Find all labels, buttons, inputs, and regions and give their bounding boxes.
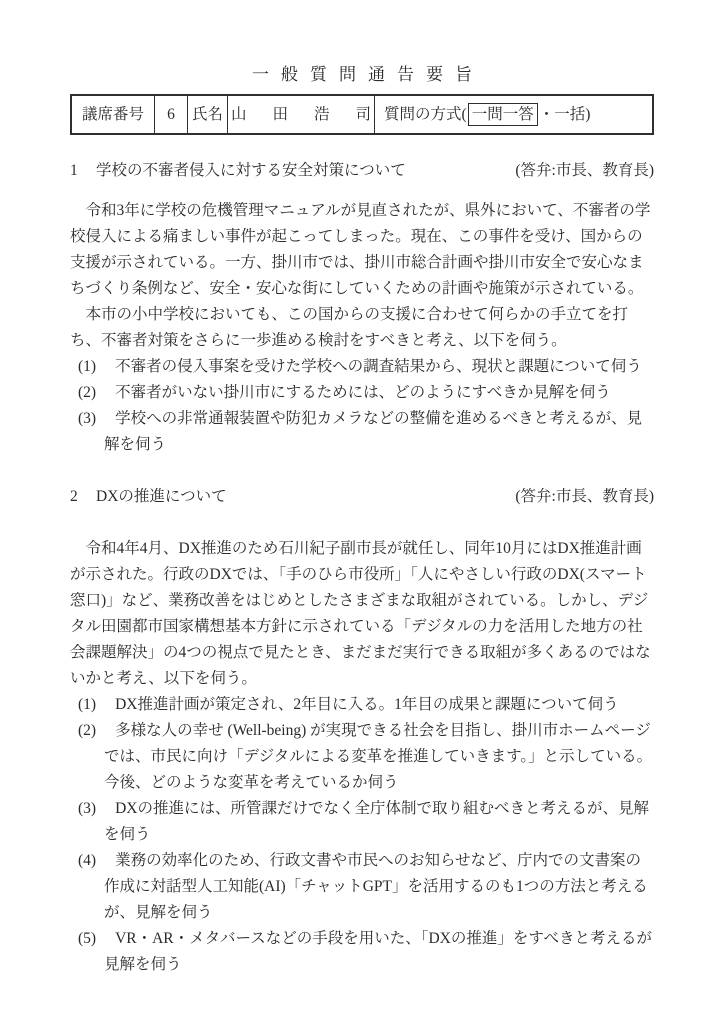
section-1-respondents: (答弁:市長、教育長) bbox=[515, 158, 654, 184]
document-page: 一般質問通告要旨 議席番号 6 氏名 山田浩司 質問の方式 ( 一問一答 ・ 一… bbox=[0, 0, 724, 1024]
method-selected-option: 一問一答 bbox=[468, 103, 538, 126]
item-marker: (3) bbox=[78, 410, 96, 427]
question-method-label: 質問の方式 bbox=[384, 102, 462, 128]
question-item: (3)学校への非常通報装置や防犯カメラなどの整備を進めるべきと考えるが、見解を伺… bbox=[78, 406, 654, 458]
name-label: 氏名 bbox=[187, 96, 227, 133]
section-2-question-list: (1)DX推進計画が策定され、2年目に入る。1年目の成果と課題について伺う (2… bbox=[78, 692, 654, 978]
question-item: (5)VR・AR・メタバースなどの手段を用いた、「DXの推進」をすべきと考えるが… bbox=[78, 926, 654, 978]
name-text: 山田浩司 bbox=[231, 102, 397, 128]
section-1-number: 1 bbox=[70, 158, 96, 184]
method-separator: ・ bbox=[539, 102, 555, 128]
seat-number-label: 議席番号 bbox=[72, 96, 154, 133]
section-2-title: DXの推進について bbox=[96, 484, 515, 510]
section-1-title: 学校の不審者侵入に対する安全対策について bbox=[96, 158, 515, 184]
section-2-heading: 2 DXの推進について (答弁:市長、教育長) bbox=[70, 484, 654, 510]
question-item: (2)不審者がいない掛川市にするためには、どのようにすべきか見解を伺う bbox=[78, 380, 654, 406]
item-text: 多様な人の幸せ (Well-being) が実現できる社会を目指し、掛川市ホーム… bbox=[104, 722, 652, 791]
question-item: (1)DX推進計画が策定され、2年目に入る。1年目の成果と課題について伺う bbox=[78, 692, 654, 718]
item-marker: (3) bbox=[78, 800, 96, 817]
document-title: 一般質問通告要旨 bbox=[70, 64, 654, 86]
question-method-cell: 質問の方式 ( 一問一答 ・ 一括 ) bbox=[374, 96, 652, 133]
item-text: 学校への非常通報装置や防犯カメラなどの整備を進めるべきと考えるが、見解を伺う bbox=[104, 410, 642, 453]
seat-number-value: 6 bbox=[154, 96, 187, 133]
method-other-option: 一括 bbox=[554, 102, 585, 128]
question-item: (4)業務の効率化のため、行政文書や市民へのお知らせなど、庁内での文書案の作成に… bbox=[78, 848, 654, 926]
item-text: DX推進計画が策定され、2年目に入る。1年目の成果と課題について伺う bbox=[115, 696, 619, 713]
method-paren-close: ) bbox=[585, 102, 590, 128]
question-item: (3)DXの推進には、所管課だけでなく全庁体制で取り組むべきと考えるが、見解を伺… bbox=[78, 796, 654, 848]
item-marker: (2) bbox=[78, 722, 96, 739]
item-text: 不審者がいない掛川市にするためには、どのようにすべきか見解を伺う bbox=[115, 384, 611, 401]
section-1-body: 令和3年に学校の危機管理マニュアルが見直されたが、県外において、不審者の学校侵入… bbox=[70, 198, 654, 354]
section-2-respondents: (答弁:市長、教育長) bbox=[515, 484, 654, 510]
item-marker: (2) bbox=[78, 384, 96, 401]
section-2-number: 2 bbox=[70, 484, 96, 510]
item-marker: (1) bbox=[78, 358, 96, 375]
item-text: 業務の効率化のため、行政文書や市民へのお知らせなど、庁内での文書案の作成に対話型… bbox=[104, 852, 648, 921]
item-marker: (5) bbox=[78, 930, 96, 947]
section-1-question-list: (1)不審者の侵入事案を受けた学校への調査結果から、現状と課題について伺う (2… bbox=[78, 354, 654, 458]
item-text: VR・AR・メタバースなどの手段を用いた、「DXの推進」をすべきと考えるが見解を… bbox=[104, 930, 652, 973]
question-item: (1)不審者の侵入事案を受けた学校への調査結果から、現状と課題について伺う bbox=[78, 354, 654, 380]
method-paren-open: ( bbox=[462, 102, 467, 128]
section-1-paragraph-1: 令和3年に学校の危機管理マニュアルが見直されたが、県外において、不審者の学校侵入… bbox=[70, 198, 654, 302]
section-1-heading: 1 学校の不審者侵入に対する安全対策について (答弁:市長、教育長) bbox=[70, 158, 654, 184]
section-2-body: 令和4年4月、DX推進のため石川紀子副市長が就任し、同年10月にはDX推進計画が… bbox=[70, 536, 654, 692]
section-1-paragraph-2: 本市の小中学校においても、この国からの支援に合わせて何らかの手立てを打ち、不審者… bbox=[70, 302, 654, 354]
question-item: (2)多様な人の幸せ (Well-being) が実現できる社会を目指し、掛川市… bbox=[78, 718, 654, 796]
item-text: 不審者の侵入事案を受けた学校への調査結果から、現状と課題について伺う bbox=[115, 358, 642, 375]
name-value: 山田浩司 bbox=[227, 96, 374, 133]
item-marker: (4) bbox=[78, 852, 96, 869]
item-marker: (1) bbox=[78, 696, 96, 713]
item-text: DXの推進には、所管課だけでなく全庁体制で取り組むべきと考えるが、見解を伺う bbox=[104, 800, 649, 843]
header-info-table: 議席番号 6 氏名 山田浩司 質問の方式 ( 一問一答 ・ 一括 ) bbox=[70, 94, 654, 135]
section-2-paragraph-1: 令和4年4月、DX推進のため石川紀子副市長が就任し、同年10月にはDX推進計画が… bbox=[70, 536, 654, 692]
